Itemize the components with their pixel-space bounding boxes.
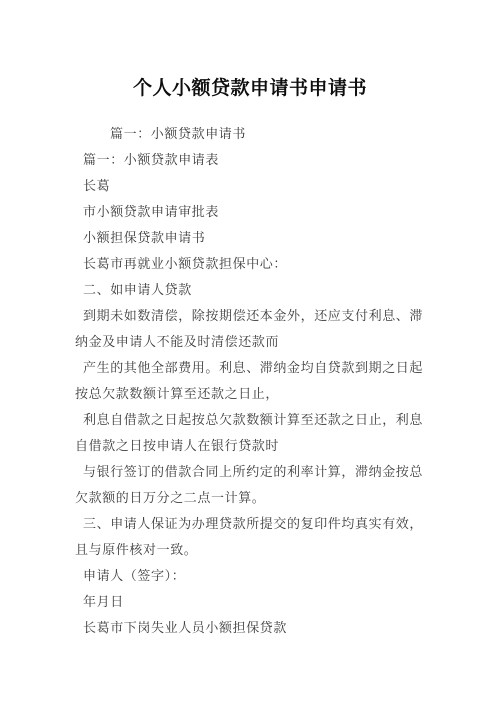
text-line: 年月日 <box>75 590 445 616</box>
document-page: 个人小额贷款申请书申请书 篇一：小额贷款申请书 篇一：小额贷款申请表 长葛 市小… <box>0 0 500 708</box>
document-body: 篇一：小额贷款申请书 篇一：小额贷款申请表 长葛 市小额贷款申请审批表 小额担保… <box>75 122 445 642</box>
text-line: 到期未如数清偿，除按期偿还本金外，还应支付利息、滞 <box>75 304 445 330</box>
text-line: 长葛市下岗失业人员小额担保贷款 <box>75 616 445 642</box>
text-line: 申请人（签字）： <box>75 564 445 590</box>
text-line: 纳金及申请人不能及时清偿还款而 <box>75 330 445 356</box>
text-line: 自借款之日按申请人在银行贷款时 <box>75 434 445 460</box>
text-line: 三、申请人保证为办理贷款所提交的复印件均真实有效， <box>75 512 445 538</box>
text-line: 欠款额的日万分之二点一计算。 <box>75 486 445 512</box>
text-line: 篇一：小额贷款申请表 <box>75 148 445 174</box>
document-title: 个人小额贷款申请书申请书 <box>0 73 500 100</box>
text-line: 市小额贷款申请审批表 <box>75 200 445 226</box>
text-line: 利息自借款之日起按总欠款数额计算至还款之日止，利息 <box>75 408 445 434</box>
text-line: 按总欠款数额计算至还款之日止， <box>75 382 445 408</box>
text-line: 产生的其他全部费用。利息、滞纳金均自贷款到期之日起 <box>75 356 445 382</box>
text-line: 小额担保贷款申请书 <box>75 226 445 252</box>
text-line: 长葛 <box>75 174 445 200</box>
text-line: 篇一：小额贷款申请书 <box>75 122 445 148</box>
text-line: 长葛市再就业小额贷款担保中心： <box>75 252 445 278</box>
text-line: 二、如申请人贷款 <box>75 278 445 304</box>
text-line: 且与原件核对一致。 <box>75 538 445 564</box>
text-line: 与银行签订的借款合同上所约定的利率计算，滞纳金按总 <box>75 460 445 486</box>
